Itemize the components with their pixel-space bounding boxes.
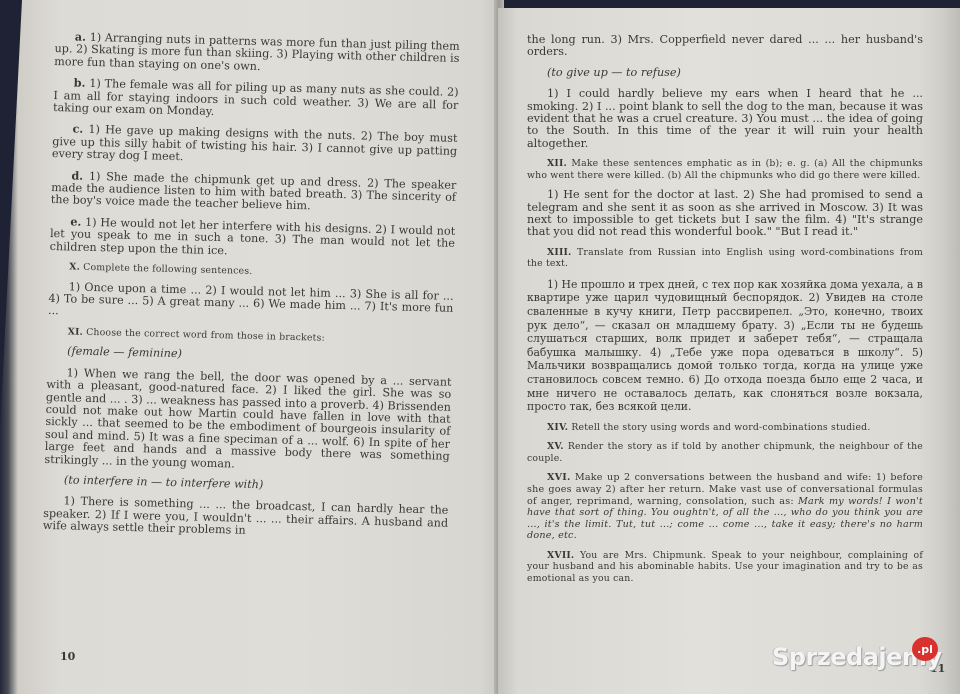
exercise-instruction: You are Mrs. Chipmunk. Speak to your nei… (527, 550, 923, 584)
exercise-xii-text: 1) He sent for the doctor at last. 2) Sh… (527, 189, 923, 239)
exercise-xvii: XVII. You are Mrs. Chipmunk. Speak to yo… (527, 550, 923, 585)
word-pair-heading: (female — feminine) (47, 345, 452, 367)
paragraph-a: a. 1) Arranging nuts in patterns was mor… (54, 30, 460, 78)
exercise-xii-heading: XII. Make these sentences emphatic as in… (527, 158, 923, 181)
paragraph-text: 1) He gave up making designs with the nu… (52, 123, 458, 163)
exercise-xi-group1-text: 1) When we rang the bell, the door was o… (44, 367, 451, 476)
paragraph-text: 1) He would not let her interfere with h… (50, 216, 456, 257)
word-pair-heading: (to give up — to refuse) (527, 67, 923, 79)
exercise-instruction: Choose the correct word from those in br… (86, 327, 325, 344)
word-pair-heading: (to interfere in — to interfere with) (44, 474, 449, 496)
paragraph-label: a. (75, 29, 86, 43)
page-number-left: 10 (60, 650, 75, 663)
exercise-xi-group2-text: 1) There is something ... ... the broadc… (43, 495, 449, 542)
exercise-x-heading: X. Complete the following sentences. (49, 261, 454, 282)
exercise-number: XIII. (547, 247, 572, 258)
paragraph-b: b. 1) The female was all for piling up a… (53, 76, 459, 124)
exercise-xiii-russian-text: 1) Не прошло и трех дней, с тех пор как … (527, 278, 923, 414)
watermark-badge-icon: .pl (912, 637, 938, 661)
exercise-number: XVII. (547, 550, 574, 561)
exercise-number: XI. (67, 326, 83, 337)
exercise-xi-heading: XI. Choose the correct word from those i… (47, 326, 452, 347)
right-page: the long run. 3) Mrs. Copperfield never … (498, 8, 960, 694)
exercise-number: X. (69, 262, 80, 273)
exercise-number: XV. (547, 441, 564, 452)
exercise-instruction: Make these sentences emphatic as in (b);… (527, 158, 923, 181)
paragraph-label: e. (70, 214, 81, 228)
paragraph-e: e. 1) He would not let her interfere wit… (50, 215, 456, 263)
paragraph-text: 1) Arranging nuts in patterns was more f… (54, 31, 460, 73)
group3-text: 1) I could hardly believe my ears when I… (527, 88, 923, 150)
paragraph-c: c. 1) He gave up making designs with the… (52, 122, 458, 170)
paragraph-text: 1) The female was all for piling up as m… (53, 77, 459, 118)
left-page: a. 1) Arranging nuts in patterns was mor… (0, 0, 500, 694)
exercise-xiv: XIV. Retell the story using words and wo… (527, 422, 923, 434)
exercise-instruction: Translate from Russian into English usin… (527, 247, 923, 270)
exercise-xv: XV. Render the story as if told by anoth… (527, 441, 923, 464)
exercise-number: XII. (547, 158, 567, 169)
exercise-number: XIV. (547, 422, 568, 433)
exercise-xiii-heading: XIII. Translate from Russian into Englis… (527, 247, 923, 270)
paragraph-text: 1) She made the chipmunk get up and dres… (51, 170, 457, 213)
paragraph-label: b. (74, 76, 86, 90)
exercise-x-text: 1) Once upon a time ... 2) I would not l… (48, 281, 454, 328)
right-page-text: the long run. 3) Mrs. Copperfield never … (527, 34, 923, 584)
exercise-number: XVI. (547, 472, 571, 483)
paragraph-d: d. 1) She made the chipmunk get up and d… (51, 169, 457, 217)
left-page-text: a. 1) Arranging nuts in patterns was mor… (43, 30, 460, 542)
exercise-instruction: Retell the story using words and word-co… (571, 422, 870, 433)
exercise-xvi: XVI. Make up 2 conversations between the… (527, 472, 923, 542)
continuation-text: the long run. 3) Mrs. Copperfield never … (527, 34, 923, 59)
paragraph-label: c. (72, 122, 83, 136)
exercise-instruction: Render the story as if told by another c… (527, 441, 923, 464)
paragraph-label: d. (71, 168, 83, 182)
exercise-instruction: Complete the following sentences. (83, 262, 252, 277)
